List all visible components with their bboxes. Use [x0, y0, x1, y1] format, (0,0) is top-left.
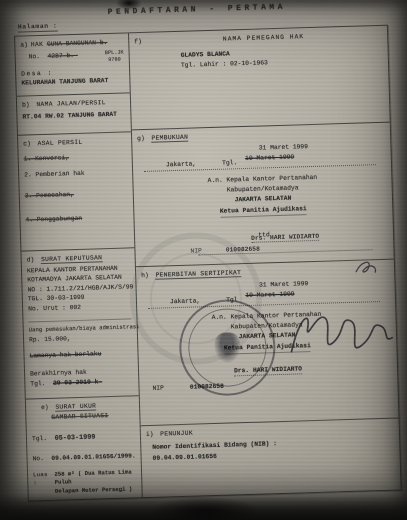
section-surat-keputusan: d) SURAT KEPUTUSAN KEPALA KANTOR PERTANA… — [21, 248, 138, 400]
section-hak: a) HAK GUNA BANGUNAN b. No. 4287 b.- BPL… — [15, 33, 130, 97]
pembukuan-tgl-label: Tgl. — [222, 158, 237, 168]
nib-caption: Nomor Identifikasi Bidang (NIB) : — [152, 441, 277, 452]
asal-item-konversi: 1. Konversi, — [24, 152, 127, 164]
section-asal-marker: c) — [23, 140, 31, 147]
hak-value: GUNA BANGUNAN b. — [47, 38, 108, 49]
hak-label: HAK — [31, 40, 44, 50]
halaman-label: Halaman : — [18, 22, 58, 32]
desa-value: KELURAHAN TANJUNG BARAT — [21, 77, 108, 87]
section-pemegang-hak: f) NAMA PEMEGANG HAK GLADYS BLANCA Tgl. … — [129, 26, 390, 131]
scanned-document: Halaman : PENDAFTARAN - PERTAMA a) HAK G… — [0, 0, 407, 520]
section-jalan: b) NAMA JALAN/PERSIL RT.04 RW.02 TANJUNG… — [17, 94, 131, 136]
section-f-marker: f) — [134, 37, 142, 47]
pembukuan-date-old: 10 Maret 1999 — [245, 152, 294, 163]
asal-item-pemecahan: 3. Pemecahan, — [25, 189, 128, 201]
section-asal-persil: c) ASAL PERSIL 1. Konversi, 2. Pemberian… — [18, 132, 134, 251]
section-surat-ukur: e) SURAT UKUR GAMBAR SITUASI Tgl. 05-03-… — [26, 397, 142, 501]
section-jalan-marker: b) — [22, 102, 30, 109]
pembukuan-officer-name: Drs. HARI WIDIARTO — [251, 233, 319, 243]
registry-stamp-number: BPL.JK 9780 — [105, 50, 124, 63]
surat-ukur-label: SURAT UKUR — [55, 403, 96, 412]
penunjuk-label: PENUNJUK — [160, 430, 193, 438]
duration-line: Lamanya hak berlaku — [29, 348, 132, 360]
surat-ukur-date: 05-03-1999 — [55, 434, 96, 443]
surat-ukur-number: 09.04.09.01.01656/1999. — [51, 453, 135, 462]
expiry-label: Berakhirnya hak — [30, 367, 133, 379]
asal-item-pemberian-hak: 2. Pemberian hak — [24, 167, 127, 179]
nib-number: 09.04.09.01.01656 — [153, 453, 217, 462]
section-su-marker: e) — [41, 404, 49, 411]
section-hak-marker: a) — [20, 40, 28, 50]
holder-birth-date: Tgl. Lahir : 02-10-1963 — [181, 59, 268, 69]
su-no-label: No. — [33, 455, 45, 462]
section-i-marker: i) — [146, 431, 154, 438]
hak-no-label: No. — [29, 52, 41, 62]
pembukuan-an3: JAKARTA SELATAN — [235, 195, 292, 204]
paper: Halaman : PENDAFTARAN - PERTAMA a) HAK G… — [0, 0, 407, 520]
section-penunjuk: i) PENUNJUK Nomor Identifikasi Bidang (N… — [141, 419, 401, 498]
pembukuan-an1: A.n. Kepala Kantor Pertanahan — [208, 174, 318, 184]
surat-keputusan-label: SURAT KEPUTUSAN — [41, 254, 102, 264]
section-g-marker: g) — [137, 135, 145, 142]
bottom-smudge — [150, 496, 260, 520]
jalan-label: NAMA JALAN/PERSIL — [36, 100, 106, 109]
expiry-date: 29-03-2019 k- — [53, 378, 102, 386]
signature — [284, 295, 398, 370]
desa-label: Desa : — [21, 70, 53, 78]
pembukuan-label: PEMBUKUAN — [151, 134, 188, 143]
officer-nip-label: NIP — [152, 383, 164, 393]
area-value-words: Delapan Meter Persegi ) — [55, 485, 132, 494]
su-tgl-label: Tgl. — [32, 435, 47, 442]
hak-no-value: 4287 b.- — [47, 51, 78, 61]
registry-stamp-line2: 9780 — [108, 56, 121, 62]
section-sk-marker: d) — [27, 256, 35, 263]
pemegang-hak-label: NAMA PEMEGANG HAK — [145, 30, 383, 46]
pen-mark-icon — [353, 257, 380, 278]
area-value: 258 m² ( Dua Ratus Lima Puluh — [54, 468, 131, 486]
pembukuan-city: Jakarta, — [166, 159, 197, 169]
asal-item-penggabungan: 4. Penggabungan — [25, 212, 128, 224]
jalan-value: RT.04 RW.02 TANJUNG BARAT — [22, 109, 125, 121]
luas-label: Luas : — [33, 471, 52, 497]
left-column: a) HAK GUNA BANGUNAN b. No. 4287 b.- BPL… — [15, 33, 143, 500]
asal-persil-label: ASAL PERSIL — [37, 139, 82, 147]
gambar-situasi-label: GAMBAR SITUASI — [51, 412, 108, 421]
pembukuan-an2: Kabupaten/Kotamadya — [227, 185, 299, 194]
holder-name: GLADYS BLANCA — [181, 51, 230, 59]
sk-urut: No. Urut : 002 — [28, 301, 131, 313]
pembukuan-an4: Ketua Panitia Ajudikasi — [220, 204, 307, 218]
page-title: PENDAFTARAN - PERTAMA — [0, 0, 400, 20]
expiry-tgl-label: Tgl. — [30, 380, 45, 387]
